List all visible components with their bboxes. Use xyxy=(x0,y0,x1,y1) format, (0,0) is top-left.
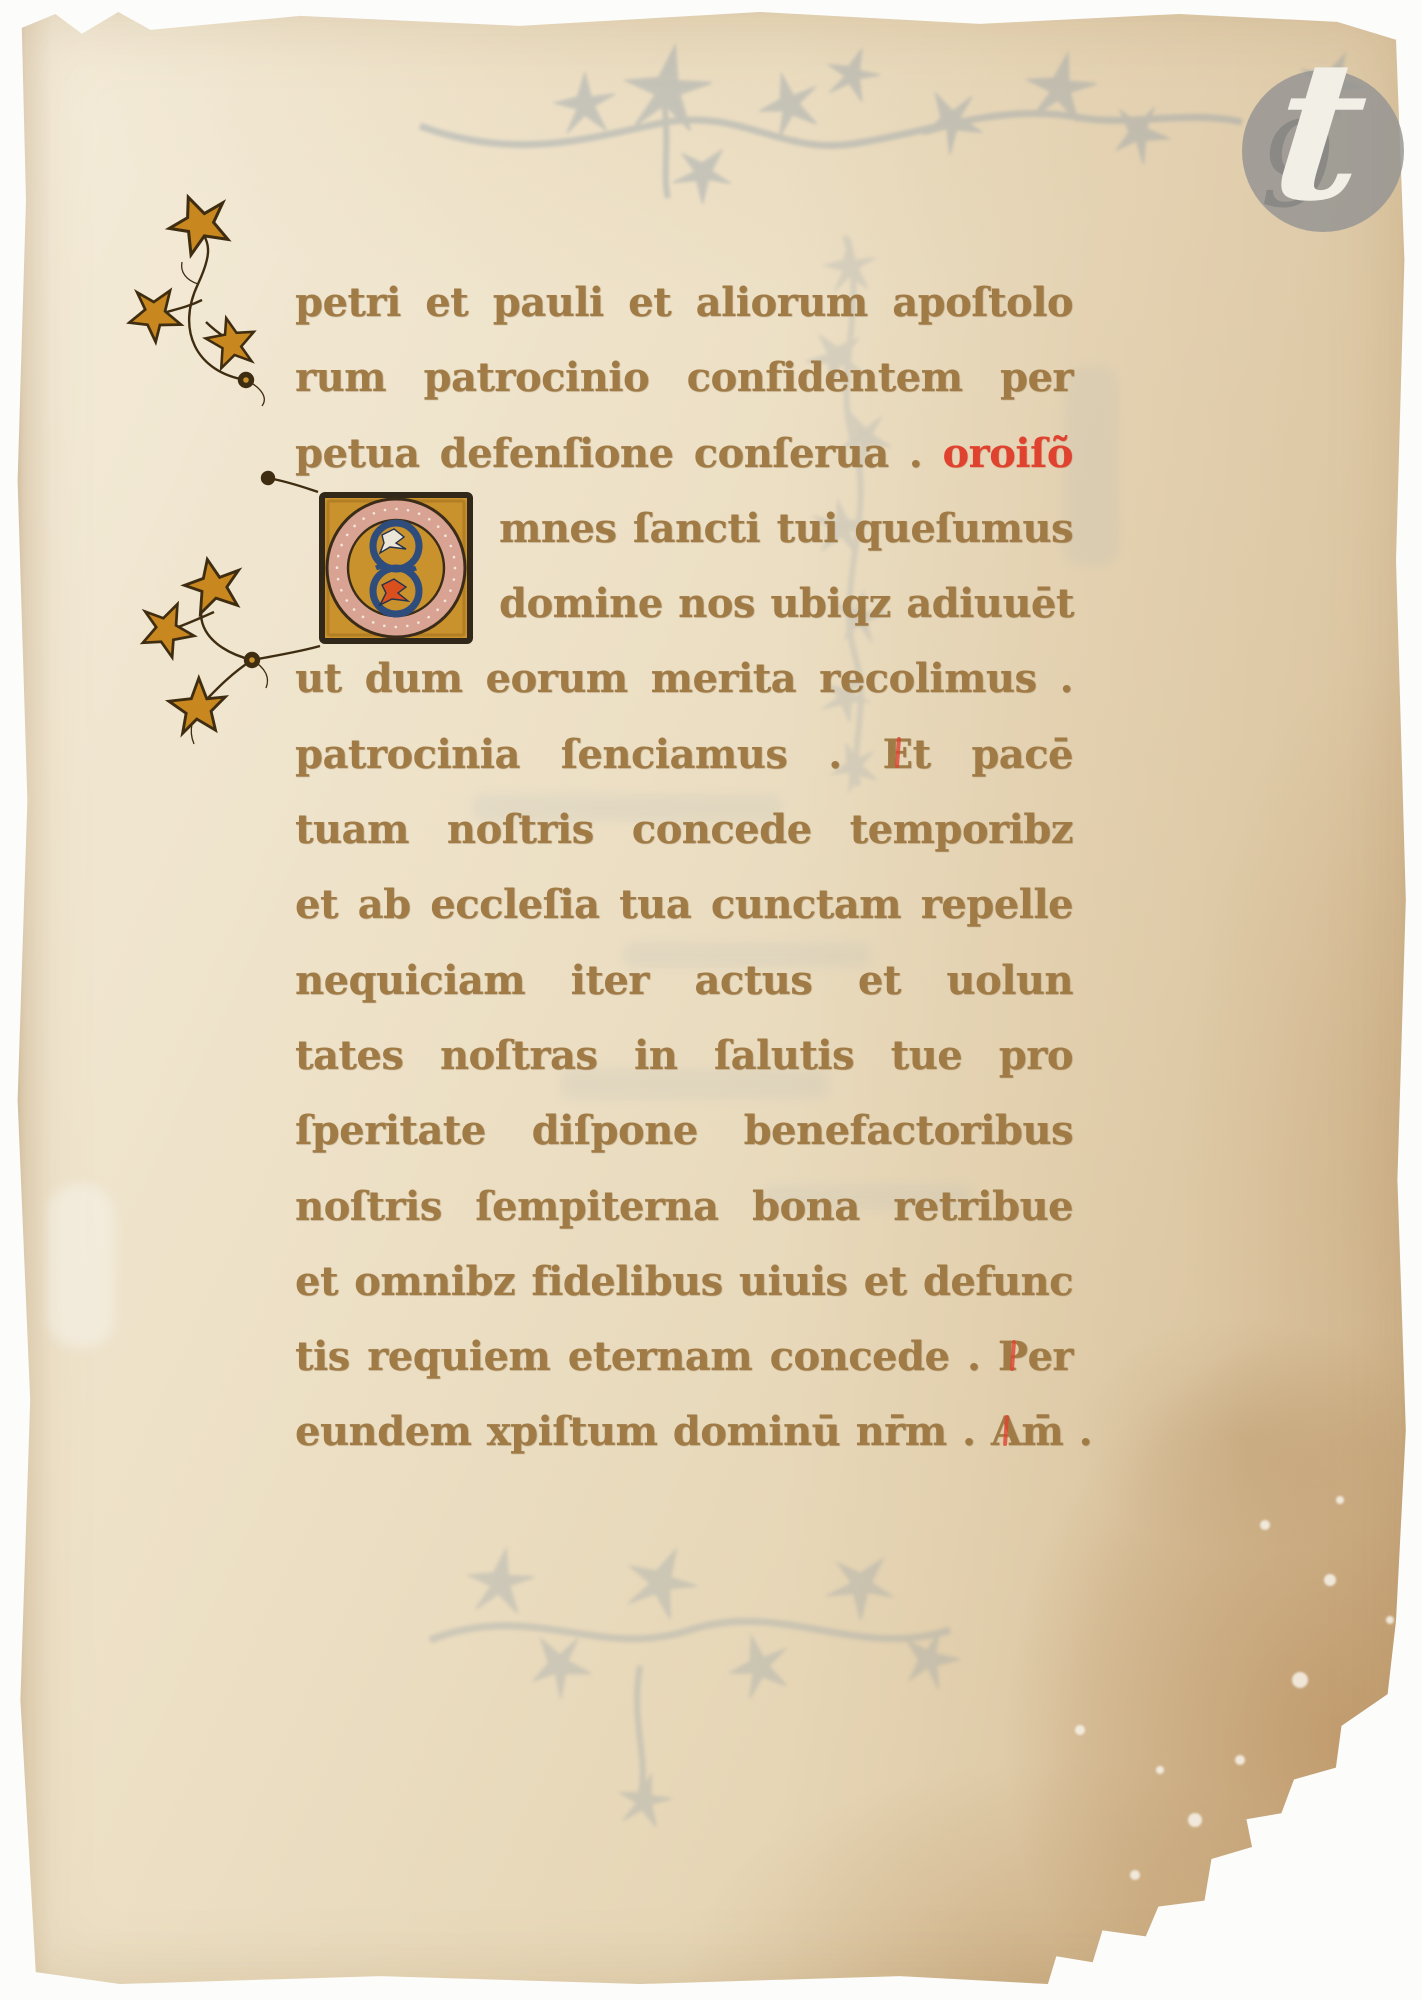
text-line: noſtris ſempiterna bona retribue xyxy=(295,1169,1073,1244)
text-segment-ink: et ab eccleſia tua cunctam repelle xyxy=(295,881,1073,928)
text-line: tates noſtras in ſalutis tue pro xyxy=(295,1018,1073,1093)
text-line: et ab eccleſia tua cunctam repelle xyxy=(295,867,1073,942)
ivy-leaf-icon xyxy=(122,187,264,375)
text-segment-ink: er xyxy=(1027,1333,1073,1380)
ghost-vine-top xyxy=(420,39,1374,211)
text-segment-ink: tuam noſtris concede temporibz xyxy=(295,806,1073,853)
text-segment-ink: rum patrocinio confidentem per xyxy=(295,354,1073,401)
abrasion-scuff xyxy=(48,1184,114,1348)
text-line: mnes ſancti tui queſumus xyxy=(295,491,1073,566)
text-segment-ink: ut dum eorum merita recolimus . xyxy=(295,655,1073,702)
text-block: petri et pauli et aliorum apoſtolorum pa… xyxy=(295,265,1073,1470)
text-line: eundem xpiſtum dominū nr̄m . Am̄ . xyxy=(295,1394,1073,1469)
text-segment-cap: A xyxy=(991,1408,1022,1455)
text-segment-ink: petri et pauli et aliorum apoſtolo xyxy=(295,279,1073,326)
ivy-vine-lower xyxy=(131,554,320,746)
ghost-vine-bottom xyxy=(430,1536,967,1832)
text-line: petri et pauli et aliorum apoſtolo xyxy=(295,265,1073,340)
text-segment-ink: mnes ſancti tui queſumus xyxy=(499,505,1073,552)
text-segment-cap: P xyxy=(998,1333,1028,1380)
text-segment-cap: E xyxy=(882,731,912,778)
text-line: rum patrocinio confidentem per xyxy=(295,340,1073,415)
text-line: tuam noſtris concede temporibz xyxy=(295,792,1073,867)
mold-spots xyxy=(1075,1496,1394,1915)
text-segment-ink: ſperitate diſpone benefactoribus xyxy=(295,1107,1073,1154)
watermark-letter: t xyxy=(1266,36,1375,228)
text-segment-ink: petua defenſione conſerua . xyxy=(295,430,942,477)
text-segment-ink: m̄ . xyxy=(1021,1408,1092,1455)
text-segment-ink: tis requiem eternam concede . xyxy=(295,1333,998,1380)
text-line: patrocinia ſenciamus . Et pacē xyxy=(295,717,1073,792)
text-line: tis requiem eternam concede . Per xyxy=(295,1319,1073,1394)
text-line: nequiciam iter actus et uolun xyxy=(295,943,1073,1018)
text-line: et omnibz fidelibus uiuis et defunc xyxy=(295,1244,1073,1319)
ivy-vine-upper xyxy=(122,187,318,492)
text-segment-ink: noſtris ſempiterna bona retribue xyxy=(295,1183,1073,1230)
text-line: ut dum eorum merita recolimus . xyxy=(295,641,1073,716)
text-line: domine nos ubiqz adiuuēt xyxy=(295,566,1073,641)
text-segment-ink: t pacē xyxy=(912,731,1073,778)
text-segment-ink: et omnibz fidelibus uiuis et defunc xyxy=(295,1258,1073,1305)
text-segment-ink: tates noſtras in ſalutis tue pro xyxy=(295,1032,1073,1079)
text-segment-rubric: oroiſõ xyxy=(942,430,1073,477)
text-segment-ink: eundem xpiſtum dominū nr̄m . xyxy=(295,1408,991,1455)
text-segment-ink: domine nos ubiqz adiuuēt xyxy=(499,580,1074,627)
photo-canvas: petri et pauli et aliorum apoſtolorum pa… xyxy=(0,0,1422,2000)
text-line: petua defenſione conſerua . oroiſõ xyxy=(295,416,1073,491)
text-line: ſperitate diſpone benefactoribus xyxy=(295,1093,1073,1168)
auction-watermark: 9 t xyxy=(1242,70,1404,232)
text-segment-ink: nequiciam iter actus et uolun xyxy=(295,957,1073,1004)
text-segment-ink: patrocinia ſenciamus . xyxy=(295,731,882,778)
manuscript-leaf: petri et pauli et aliorum apoſtolorum pa… xyxy=(12,6,1410,1992)
ivy-leaf-icon xyxy=(131,554,244,746)
